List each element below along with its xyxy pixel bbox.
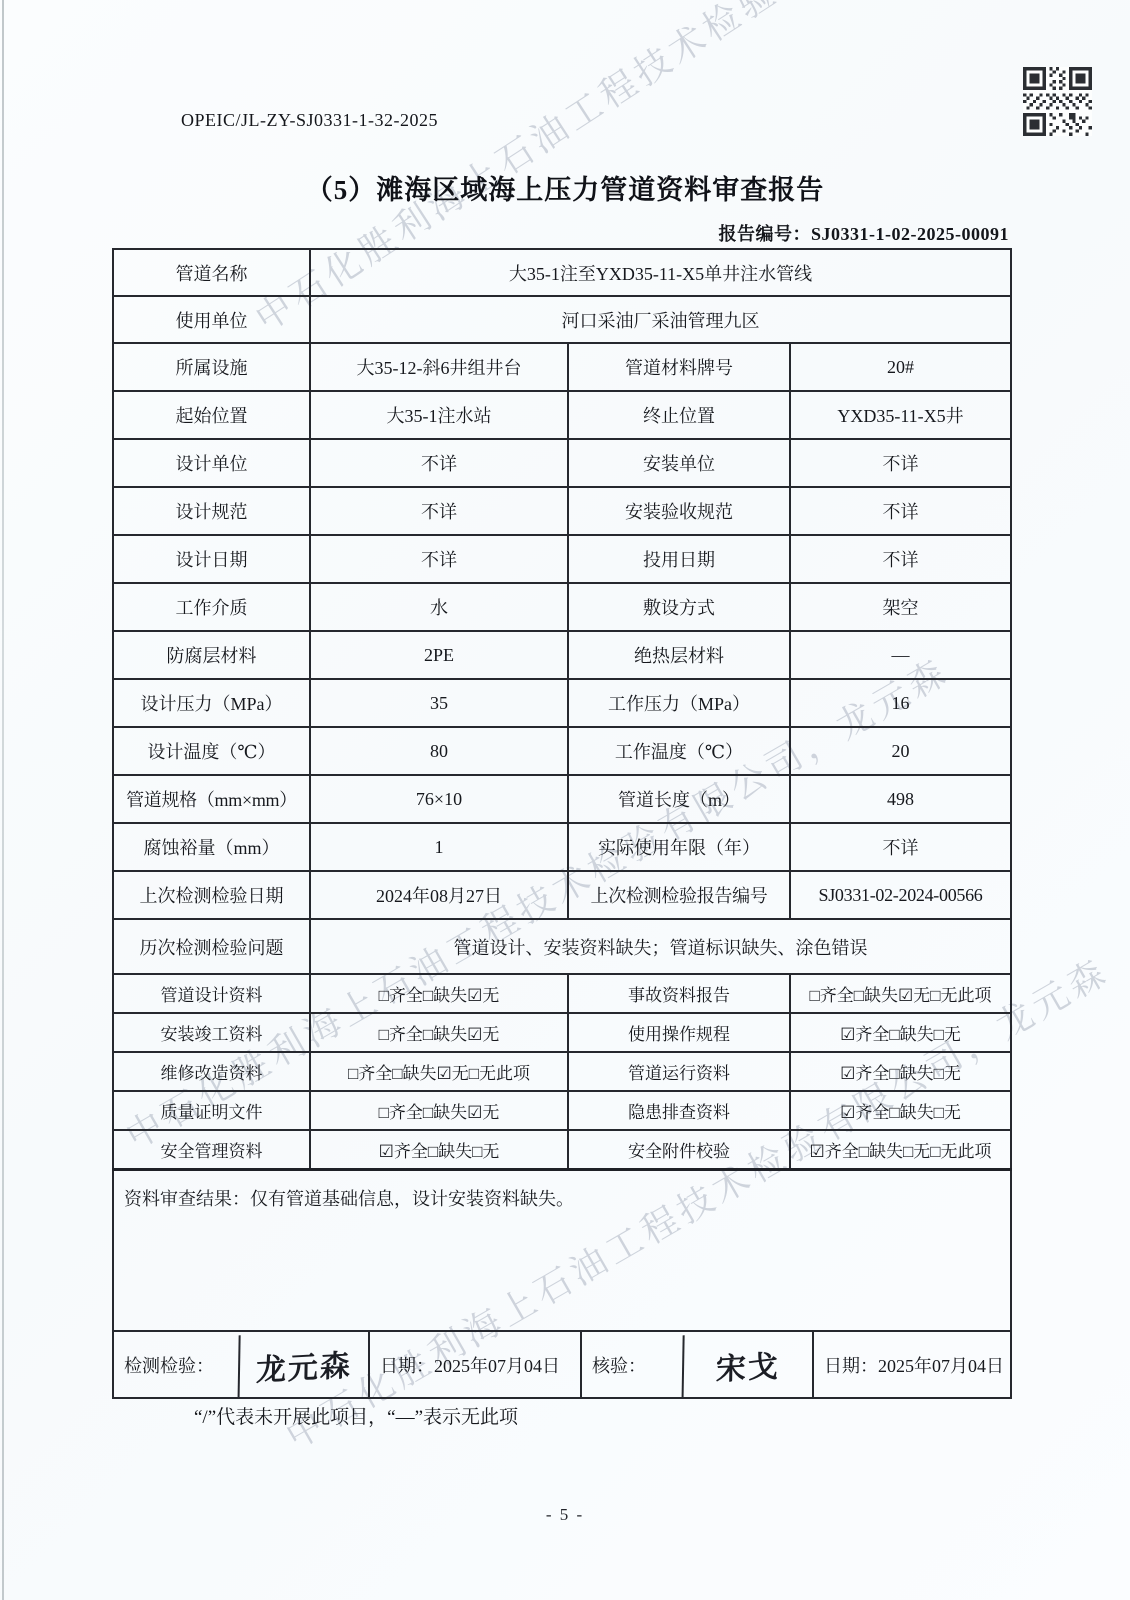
- row-label: 工作介质: [113, 583, 310, 631]
- row-label: 安装单位: [568, 439, 790, 487]
- row-value: 河口采油厂采油管理九区: [310, 296, 1011, 343]
- row-label: 工作温度（℃）: [568, 727, 790, 775]
- signature-row: 检测检验： 龙元森 日期：2025年07月04日 核验： 宋戈 日期：2025年…: [114, 1332, 1010, 1397]
- checkbox-group: □齐全□缺失☑无: [310, 974, 568, 1013]
- checkbox-group: □齐全□缺失☑无□无此项: [790, 974, 1011, 1013]
- row-label: 使用单位: [113, 296, 310, 343]
- checkbox-group: ☑齐全□缺失□无□无此项: [790, 1130, 1011, 1169]
- row-value: 2024年08月27日: [310, 871, 568, 919]
- row-value: 不详: [790, 487, 1011, 535]
- row-value: 20#: [790, 343, 1011, 391]
- row-label: 敷设方式: [568, 583, 790, 631]
- legend-footnote: “/”代表未开展此项目，“—”表示无此项: [194, 1402, 518, 1429]
- table-row: 设计压力（MPa） 35 工作压力（MPa） 16: [113, 679, 1011, 727]
- table-row: 检测检验： 龙元森 日期：2025年07月04日 核验： 宋戈 日期：2025年…: [113, 1331, 1011, 1398]
- row-label: 上次检测检验日期: [113, 871, 310, 919]
- checkbox-group: ☑齐全□缺失□无: [790, 1013, 1011, 1052]
- row-label: 设计单位: [113, 439, 310, 487]
- row-label: 设计规范: [113, 487, 310, 535]
- row-label: 管道长度（m）: [568, 775, 790, 823]
- row-label: 隐患排查资料: [568, 1091, 790, 1130]
- row-value: 管道设计、安装资料缺失；管道标识缺失、涂色错误: [310, 919, 1011, 974]
- scan-edge-artifact: [2, 0, 4, 1600]
- checkbox-group: □齐全□缺失☑无: [310, 1013, 568, 1052]
- row-value: 35: [310, 679, 568, 727]
- row-value: 架空: [790, 583, 1011, 631]
- row-value: 1: [310, 823, 568, 871]
- row-value: 不详: [310, 487, 568, 535]
- verifier-label: 核验：: [580, 1332, 682, 1397]
- table-row: 使用单位 河口采油厂采油管理九区: [113, 296, 1011, 343]
- checkbox-group: □齐全□缺失☑无: [310, 1091, 568, 1130]
- table-row: 腐蚀裕量（mm） 1 实际使用年限（年） 不详: [113, 823, 1011, 871]
- row-label: 实际使用年限（年）: [568, 823, 790, 871]
- checkbox-group: ☑齐全□缺失□无: [310, 1130, 568, 1169]
- table-row: 工作介质 水 敷设方式 架空: [113, 583, 1011, 631]
- row-value: 不详: [790, 535, 1011, 583]
- table-row: 设计温度（℃） 80 工作温度（℃） 20: [113, 727, 1011, 775]
- row-label: 设计温度（℃）: [113, 727, 310, 775]
- checkbox-group: ☑齐全□缺失□无: [790, 1052, 1011, 1091]
- row-label: 腐蚀裕量（mm）: [113, 823, 310, 871]
- row-label: 管道规格（mm×mm）: [113, 775, 310, 823]
- row-label: 工作压力（MPa）: [568, 679, 790, 727]
- table-row: 安全管理资料 ☑齐全□缺失□无 安全附件校验 ☑齐全□缺失□无□无此项: [113, 1130, 1011, 1169]
- checkbox-group: ☑齐全□缺失□无: [790, 1091, 1011, 1130]
- row-label: 管道设计资料: [113, 974, 310, 1013]
- row-label: 安装竣工资料: [113, 1013, 310, 1052]
- row-value: 大35-1注水站: [310, 391, 568, 439]
- row-label: 起始位置: [113, 391, 310, 439]
- table-row: 历次检测检验问题 管道设计、安装资料缺失；管道标识缺失、涂色错误: [113, 919, 1011, 974]
- table-row: 所属设施 大35-12-斜6井组井台 管道材料牌号 20#: [113, 343, 1011, 391]
- document-code: OPEIC/JL-ZY-SJ0331-1-32-2025: [181, 110, 438, 131]
- table-row: 管道设计资料 □齐全□缺失☑无 事故资料报告 □齐全□缺失☑无□无此项: [113, 974, 1011, 1013]
- report-number: 报告编号：SJ0331-1-02-2025-00091: [719, 220, 1010, 246]
- row-value: 76×10: [310, 775, 568, 823]
- verifier-date: 日期：2025年07月04日: [812, 1332, 1010, 1397]
- inspector-date: 日期：2025年07月04日: [368, 1332, 580, 1397]
- table-row: 安装竣工资料 □齐全□缺失☑无 使用操作规程 ☑齐全□缺失□无: [113, 1013, 1011, 1052]
- row-label: 设计压力（MPa）: [113, 679, 310, 727]
- row-value: 80: [310, 727, 568, 775]
- row-value: SJ0331-02-2024-00566: [790, 871, 1011, 919]
- table-row: 设计单位 不详 安装单位 不详: [113, 439, 1011, 487]
- row-label: 设计日期: [113, 535, 310, 583]
- row-label: 管道运行资料: [568, 1052, 790, 1091]
- report-number-value: SJ0331-1-02-2025-00091: [811, 224, 1009, 244]
- table-row: 管道名称 大35-1注至YXD35-11-X5单井注水管线: [113, 249, 1011, 296]
- inspector-signature: 龙元森: [238, 1331, 369, 1398]
- row-label: 防腐层材料: [113, 631, 310, 679]
- row-value: 498: [790, 775, 1011, 823]
- table-row: 资料审查结果：仅有管道基础信息，设计安装资料缺失。: [113, 1169, 1011, 1331]
- page-title: （5）滩海区域海上压力管道资料审查报告: [0, 168, 1130, 207]
- row-label: 历次检测检验问题: [113, 919, 310, 974]
- row-label: 使用操作规程: [568, 1013, 790, 1052]
- table-row: 维修改造资料 □齐全□缺失☑无□无此项 管道运行资料 ☑齐全□缺失□无: [113, 1052, 1011, 1091]
- row-value: 16: [790, 679, 1011, 727]
- qr-code-icon: [1023, 67, 1092, 136]
- row-label: 安装验收规范: [568, 487, 790, 535]
- inspector-label: 检测检验：: [114, 1332, 238, 1397]
- review-result: 资料审查结果：仅有管道基础信息，设计安装资料缺失。: [113, 1169, 1011, 1331]
- row-value: 水: [310, 583, 568, 631]
- table-row: 设计日期 不详 投用日期 不详: [113, 535, 1011, 583]
- row-value: 不详: [790, 439, 1011, 487]
- row-label: 投用日期: [568, 535, 790, 583]
- row-label: 上次检测检验报告编号: [568, 871, 790, 919]
- row-value: 2PE: [310, 631, 568, 679]
- table-row: 质量证明文件 □齐全□缺失☑无 隐患排查资料 ☑齐全□缺失□无: [113, 1091, 1011, 1130]
- row-label: 维修改造资料: [113, 1052, 310, 1091]
- row-label: 管道名称: [113, 249, 310, 296]
- checkbox-group: □齐全□缺失☑无□无此项: [310, 1052, 568, 1091]
- page-number: - 5 -: [0, 1505, 1130, 1525]
- table-row: 防腐层材料 2PE 绝热层材料 —: [113, 631, 1011, 679]
- row-value: 大35-1注至YXD35-11-X5单井注水管线: [310, 249, 1011, 296]
- review-table: 管道名称 大35-1注至YXD35-11-X5单井注水管线 使用单位 河口采油厂…: [112, 248, 1012, 1399]
- row-value: —: [790, 631, 1011, 679]
- row-value: 20: [790, 727, 1011, 775]
- verifier-signature: 宋戈: [682, 1331, 813, 1398]
- row-label: 绝热层材料: [568, 631, 790, 679]
- table-row: 管道规格（mm×mm） 76×10 管道长度（m） 498: [113, 775, 1011, 823]
- table-row: 设计规范 不详 安装验收规范 不详: [113, 487, 1011, 535]
- table-row: 起始位置 大35-1注水站 终止位置 YXD35-11-X5井: [113, 391, 1011, 439]
- row-value: YXD35-11-X5井: [790, 391, 1011, 439]
- row-value: 不详: [790, 823, 1011, 871]
- document-page: 中石化胜利海上石油工程技术检验有限公司，龙元森 中石化胜利海上石油工程技术检验有…: [0, 0, 1130, 1600]
- row-value: 大35-12-斜6井组井台: [310, 343, 568, 391]
- row-label: 安全附件校验: [568, 1130, 790, 1169]
- row-label: 终止位置: [568, 391, 790, 439]
- row-label: 所属设施: [113, 343, 310, 391]
- row-label: 事故资料报告: [568, 974, 790, 1013]
- row-label: 管道材料牌号: [568, 343, 790, 391]
- row-label: 安全管理资料: [113, 1130, 310, 1169]
- report-number-label: 报告编号：: [719, 224, 812, 244]
- row-label: 质量证明文件: [113, 1091, 310, 1130]
- table-row: 上次检测检验日期 2024年08月27日 上次检测检验报告编号 SJ0331-0…: [113, 871, 1011, 919]
- row-value: 不详: [310, 535, 568, 583]
- row-value: 不详: [310, 439, 568, 487]
